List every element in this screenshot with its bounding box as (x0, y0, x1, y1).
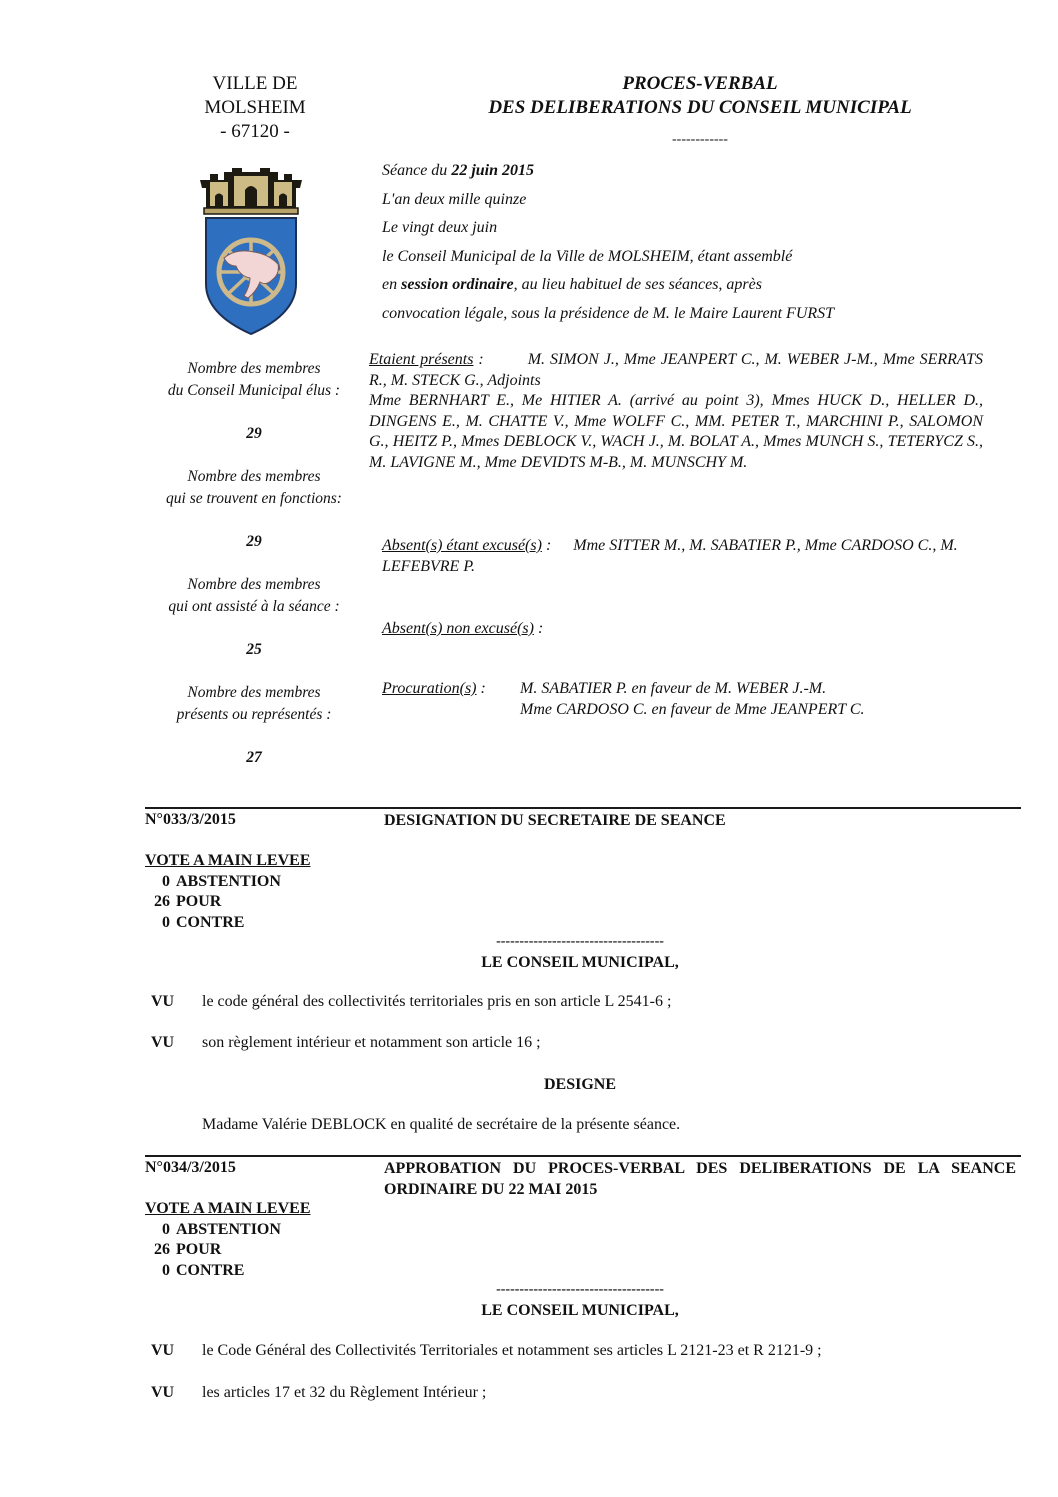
vu-clause: VUle code général des collectivités terr… (145, 993, 1025, 1011)
unexcused-sep: : (534, 620, 543, 637)
unexcused-absences: Absent(s) non excusé(s) : (382, 618, 1016, 639)
stat-label: qui ont assisté à la séance : (145, 596, 363, 618)
proxy-list: M. SABATIER P. en faveur de M. WEBER J.-… (520, 678, 865, 720)
proxy-label-col: Procuration(s) : (382, 678, 520, 720)
city-line: VILLE DE (170, 72, 340, 96)
session-type: session ordinaire (401, 276, 513, 293)
seance-date-prefix: Séance du (382, 162, 451, 179)
stat-label: Nombre des membres (145, 466, 363, 488)
title-line: PROCES-VERBAL (430, 72, 970, 96)
member-stats: Nombre des membres du Conseil Municipal … (145, 358, 363, 790)
vote-results: VOTE A MAIN LEVEE 0ABSTENTION 26POUR 0CO… (145, 851, 311, 933)
vu-clause: VUles articles 17 et 32 du Règlement Int… (145, 1384, 1025, 1402)
stat-block: Nombre des membres du Conseil Municipal … (145, 358, 363, 444)
deliberation-number: N°034/3/2015 (145, 1159, 236, 1177)
decision-heading: DESIGNE (520, 1076, 640, 1094)
proxy-item: Mme CARDOSO C. en faveur de Mme JEANPERT… (520, 699, 865, 720)
vote-heading: VOTE A MAIN LEVEE (145, 1199, 311, 1220)
stat-block: Nombre des membres présents ou représent… (145, 682, 363, 768)
seance-date: 22 juin 2015 (451, 162, 534, 179)
seance-session-line: en session ordinaire, au lieu habituel d… (382, 272, 1002, 301)
seance-presidency-line: convocation légale, sous la présidence d… (382, 301, 1002, 330)
vote-row: 0CONTRE (145, 913, 311, 934)
stat-label: Nombre des membres (145, 682, 363, 704)
deliberation-title: APPROBATION DU PROCES-VERBAL DES DELIBER… (384, 1159, 1016, 1200)
vu-text: son règlement intérieur et notamment son… (202, 1034, 541, 1052)
vu-key: VU (145, 1342, 195, 1360)
vote-row: 26POUR (145, 1240, 311, 1261)
vote-label: POUR (176, 1240, 221, 1261)
vote-heading: VOTE A MAIN LEVEE (145, 851, 311, 872)
vote-label: ABSTENTION (176, 872, 281, 893)
title-line: DES DELIBERATIONS DU CONSEIL MUNICIPAL (430, 96, 970, 120)
proxies: Procuration(s) : M. SABATIER P. en faveu… (382, 678, 1016, 720)
vote-count: 26 (145, 892, 170, 913)
vu-clause: VUson règlement intérieur et notamment s… (145, 1034, 1025, 1052)
present-sep: : (473, 351, 483, 368)
stat-label: présents ou représentés : (145, 704, 363, 726)
vu-text: les articles 17 et 32 du Règlement Intér… (202, 1384, 486, 1402)
document-title: PROCES-VERBAL DES DELIBERATIONS DU CONSE… (430, 72, 970, 120)
vote-count: 26 (145, 1240, 170, 1261)
excused-sep: : (542, 537, 551, 554)
vote-label: CONTRE (176, 1261, 244, 1282)
excused-absences: Absent(s) étant excusé(s) :Mme SITTER M.… (382, 535, 1016, 577)
proxy-label: Procuration(s) (382, 680, 477, 697)
stat-value: 27 (145, 747, 363, 768)
seance-day-line: Le vingt deux juin (382, 215, 1002, 244)
city-line: MOLSHEIM (170, 96, 340, 120)
vote-label: CONTRE (176, 913, 244, 934)
seance-info: Séance du 22 juin 2015 L'an deux mille q… (382, 158, 1002, 329)
title-separator: ------------ (430, 132, 970, 148)
vote-count: 0 (145, 872, 170, 893)
seance-date-line: Séance du 22 juin 2015 (382, 158, 1002, 187)
vu-text: le code général des collectivités territ… (202, 993, 671, 1011)
proxy-item: M. SABATIER P. en faveur de M. WEBER J.-… (520, 678, 865, 699)
present-others: Mme BERNHART E., Me HITIER A. (arrivé au… (369, 392, 983, 471)
conseil-heading: LE CONSEIL MUNICIPAL, (460, 1302, 700, 1320)
seance-year-line: L'an deux mille quinze (382, 187, 1002, 216)
section-divider (145, 807, 1021, 809)
vote-count: 0 (145, 913, 170, 934)
vote-row: 0CONTRE (145, 1261, 311, 1282)
vu-key: VU (145, 993, 195, 1011)
vote-row: 0ABSTENTION (145, 1220, 311, 1241)
vu-key: VU (145, 1384, 195, 1402)
stat-value: 29 (145, 531, 363, 552)
unexcused-label: Absent(s) non excusé(s) (382, 620, 534, 637)
proxy-sep: : (477, 680, 486, 697)
stat-label: Nombre des membres (145, 574, 363, 596)
stat-value: 25 (145, 639, 363, 660)
city-header: VILLE DE MOLSHEIM - 67120 - (170, 72, 340, 144)
vote-results: VOTE A MAIN LEVEE 0ABSTENTION 26POUR 0CO… (145, 1199, 311, 1281)
vote-row: 26POUR (145, 892, 311, 913)
vote-count: 0 (145, 1261, 170, 1282)
conseil-heading: LE CONSEIL MUNICIPAL, (460, 954, 700, 972)
session-prefix: en (382, 276, 401, 293)
stat-label: qui se trouvent en fonctions: (145, 488, 363, 510)
seance-assembly-line: le Conseil Municipal de la Ville de MOLS… (382, 244, 1002, 273)
separator-dashes: ------------------------------------ (460, 1282, 700, 1298)
present-label: Etaient présents (369, 351, 473, 368)
vu-key: VU (145, 1034, 195, 1052)
vote-label: ABSTENTION (176, 1220, 281, 1241)
vote-count: 0 (145, 1220, 170, 1241)
excused-label: Absent(s) étant excusé(s) (382, 537, 542, 554)
stat-value: 29 (145, 423, 363, 444)
vu-clause: VUle Code Général des Collectivités Terr… (145, 1342, 1025, 1360)
decision-text: Madame Valérie DEBLOCK en qualité de sec… (202, 1116, 1002, 1134)
present-members: Etaient présents :M. SIMON J., Mme JEANP… (369, 350, 983, 473)
vu-text: le Code Général des Collectivités Territ… (202, 1342, 822, 1360)
session-suffix: , au lieu habituel de ses séances, après (514, 276, 762, 293)
stat-label: du Conseil Municipal élus : (145, 380, 363, 402)
deliberation-number: N°033/3/2015 (145, 811, 236, 829)
stat-block: Nombre des membres qui ont assisté à la … (145, 574, 363, 660)
coat-of-arms-icon (196, 166, 306, 336)
section-divider (145, 1155, 1021, 1157)
stat-block: Nombre des membres qui se trouvent en fo… (145, 466, 363, 552)
vote-row: 0ABSTENTION (145, 872, 311, 893)
separator-dashes: ------------------------------------ (460, 934, 700, 950)
stat-label: Nombre des membres (145, 358, 363, 380)
deliberation-title: DESIGNATION DU SECRETAIRE DE SEANCE (384, 811, 1016, 832)
vote-label: POUR (176, 892, 221, 913)
city-line: - 67120 - (170, 120, 340, 144)
